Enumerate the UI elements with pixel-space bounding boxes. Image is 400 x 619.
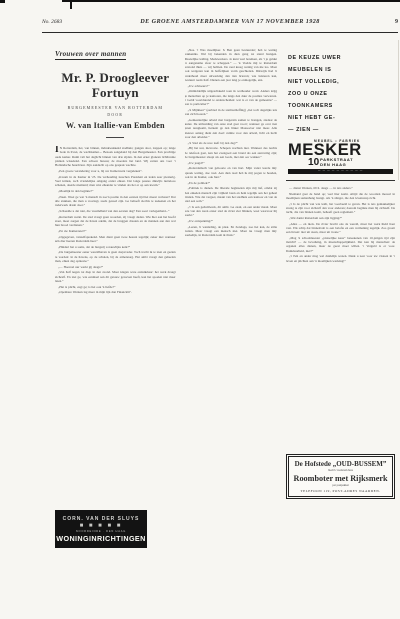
section-rubric: Vrouwen over mannen — [55, 50, 126, 60]
scan-artifact-top-line — [62, 0, 400, 2]
paragraph: MEUBELEN IS — [288, 67, 393, 74]
paragraph: „Lezen, 'n wandeling, de plaat. En Zonda… — [185, 225, 277, 238]
ad-bussem-contact: TELEFOON 119, POST-ADRES NAARDEN. — [290, 489, 391, 493]
paragraph: „Mag 'n schoolmeester „plotselijke keus”… — [286, 236, 395, 253]
ad-bussem-sub2: per postpakket — [290, 484, 391, 487]
paragraph: „'n Stad als de uwe leeft bij den dag?” — [185, 141, 277, 145]
paragraph: „Uw ontspanning?” — [185, 219, 277, 223]
paragraph: „Het is plicht, zegt ge; is het ook 'n l… — [55, 285, 176, 289]
paragraph: DE KEUZE UWER — [288, 55, 393, 62]
column-left: Vrouwen over mannen Mr. P. Droogleever F… — [55, 48, 176, 548]
paragraph: „Een groote verandering voor u, bij uw K… — [55, 169, 176, 173]
paragraph: „Schaadde u dat niet, die vreemdheid van… — [55, 209, 176, 213]
paragraph: „Rotterdamsch van geboorte en van hart. … — [185, 166, 277, 179]
body-text-middle: „Nee. 't Was moeilijker. 'k Ben geen bes… — [185, 48, 277, 548]
article-subtitle: BURGEMEESTER VAN ROTTERDAM — [55, 105, 176, 110]
ad-mesker-city: DEN HAAG — [320, 162, 346, 167]
paragraph: Niemand gaat de hand op; veel hier komt.… — [286, 192, 395, 201]
paragraph: „Wat dankt Rotterdam aan zijn ligging?” — [286, 216, 395, 220]
ad-bussem-product: Roomboter met Rijksmerk — [290, 474, 391, 483]
paragraph: „Gemeentelijke arbeid met burgerzin same… — [185, 118, 277, 139]
paragraph: „Nee. 't Was moeilijker. 'k Ben geen bes… — [185, 48, 277, 82]
ad-sluys-tagline: WONINGINRICHTINGEN — [55, 534, 147, 543]
column-divider-rule — [286, 180, 395, 181]
paragraph: „De burgemeester eener wereldhaven is ge… — [55, 250, 176, 263]
paragraph: „Rotterdam werkt. De stad vraagt geen wo… — [55, 215, 176, 228]
article-author: W. van Itallie-van Embden — [55, 121, 176, 130]
paragraph: „'t Is een geduldwerk, dit ambt. Ge zaai… — [185, 205, 277, 218]
paragraph: „Politiek is dienen. De liberale beginse… — [185, 186, 277, 203]
paragraph: „Uw adviseurs?” — [185, 84, 277, 88]
ad-oud-bussem: De Hofstede „OUD-BUSSEM” biedt U wederom… — [286, 454, 395, 500]
masthead-title: DE GROENE AMSTERDAMMER VAN 17 NOVEMBER 1… — [102, 18, 358, 25]
paragraph: — ZIEN — — [288, 127, 393, 134]
paragraph: „En uw Kamerzetel?” — [55, 229, 176, 233]
article-columns: Vrouwen over mannen Mr. P. Droogleever F… — [55, 48, 395, 548]
paragraph: „Neen. Weet ge wat 'n mensch in zoo'n po… — [55, 195, 176, 208]
paragraph: NIET VOLLEDIG, — [288, 79, 393, 86]
scan-artifact-corner — [0, 0, 5, 3]
paragraph: ZOO U ONZE — [288, 91, 393, 98]
ad-mesker-lines: DE KEUZE UWERMEUBELEN ISNIET VOLLEDIG,ZO… — [288, 55, 393, 134]
paragraph: „'t Eén en ander mag wel duidelijk wezen… — [286, 254, 395, 263]
header-rule — [42, 32, 398, 33]
paragraph: „Van half negen tot diep in den avond. M… — [55, 270, 176, 283]
ad-mesker-address: 10 PARKSTRAAT DEN HAAG — [308, 158, 393, 167]
ad-sluys-logo-glyphs: ■ ■ ■ ■ ■ — [55, 523, 147, 529]
paragraph: „Kwam in de Kamer in '25. De verhouding … — [55, 175, 176, 188]
ad-mesker-brand: MESKER — [288, 143, 393, 158]
paragraph: „Opgegeven, vanzelfsprekend. Men dient g… — [55, 235, 176, 244]
lead-paragraph: IN Rotterdam, het, van binnen, indrukwek… — [55, 146, 176, 167]
column-middle: „Nee. 't Was moeilijker. 'k Ben geen bes… — [185, 48, 277, 548]
ad-bussem-sub1: biedt U wederom hare — [290, 469, 391, 472]
paragraph: NIET HEBT GE- — [288, 115, 393, 122]
issue-number: No. 2683 — [42, 19, 102, 25]
paragraph: „Hindert het u soms, dat de burgerij u n… — [55, 245, 176, 249]
paragraph: „Openbare Werken lag meer in mijn lijn d… — [55, 290, 176, 294]
paragraph: TOONKAMERS — [288, 103, 393, 110]
paragraph: — dienst Werken, 69 h. daags .... in iet… — [286, 186, 395, 190]
scan-artifact-tick — [70, 0, 72, 9]
paragraph: „Onmiddellijk uitgeschakeld toen ik weth… — [185, 89, 277, 106]
ad-sluys-name: CORN. VAN DER SLUYS — [55, 516, 147, 522]
paragraph: „Bij het uur, mevrouw. Schepen wachten n… — [185, 146, 277, 159]
paragraph: „En de politiek?” — [185, 181, 277, 185]
ad-mesker-street-city: PARKSTRAAT DEN HAAG — [320, 158, 353, 167]
ad-woninginrichting: CORN. VAN DER SLUYS ■ ■ ■ ■ ■ NOORDEINDE… — [55, 510, 147, 548]
paragraph: „Alles — en niets. De rivier bracht ons … — [286, 222, 395, 235]
ornament-rule — [106, 137, 124, 138]
body-text-left: IN Rotterdam, het, van binnen, indrukwek… — [55, 146, 176, 505]
scan-edge-line — [398, 40, 399, 180]
paragraph: „'n Mijnheer” (eerbied in de stemverheff… — [185, 108, 277, 117]
paragraph: „'t Is de plicht van wie leidt, het voor… — [286, 202, 395, 215]
lead-text: N Rotterdam, het, van binnen, indrukwekk… — [55, 146, 176, 167]
drop-cap: I — [55, 146, 59, 154]
article-title-line2: Fortuyn — [55, 85, 176, 100]
ad-sluys-address: NOORDEINDE · DEN HAAG — [55, 530, 147, 533]
ad-mesker: DE KEUZE UWERMEUBELEN ISNIET VOLLEDIG,ZO… — [286, 48, 395, 174]
column-right: DE KEUZE UWERMEUBELEN ISNIET VOLLEDIG,ZO… — [286, 48, 395, 548]
paragraph: „Moeilijk in den beginne?” — [55, 189, 176, 193]
ad-mesker-footer-bar: — — — — — — — — — — — [288, 169, 393, 174]
ad-bussem-title: De Hofstede „OUD-BUSSEM” — [290, 460, 391, 468]
body-text-right: — dienst Werken, 69 h. daags .... in iet… — [286, 186, 395, 448]
article-title-line1: Mr. P. Droogleever — [55, 70, 176, 85]
paragraph: „Uw jeugd?” — [185, 161, 277, 165]
article-byline-door: DOOR — [55, 113, 176, 117]
paragraph: „— Hoeveel uur werkt gij daags?” — [55, 265, 176, 269]
page-number: 9 — [358, 19, 398, 25]
article-title: Mr. P. Droogleever Fortuyn — [55, 70, 176, 100]
page-header: No. 2683 DE GROENE AMSTERDAMMER VAN 17 N… — [42, 18, 398, 25]
ad-mesker-number: 10 — [308, 158, 319, 167]
